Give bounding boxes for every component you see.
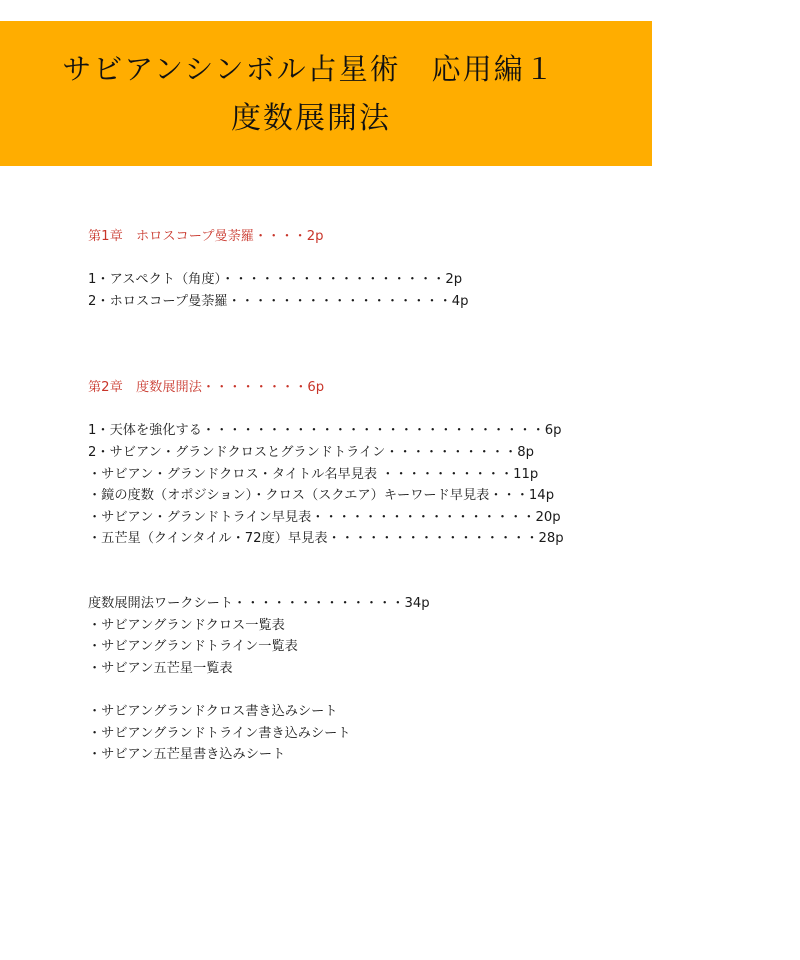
spacer	[88, 312, 728, 377]
toc-item: 1・天体を強化する・・・・・・・・・・・・・・・・・・・・・・・・・・6p	[88, 420, 728, 442]
spacer	[88, 550, 728, 593]
worksheet-sheet-item: ・サビアングランドトライン書き込みシート	[88, 723, 728, 745]
toc-item: ・鏡の度数（オポジション）・クロス（スクエア）キーワード早見表・・・14p	[88, 485, 728, 507]
spacer	[88, 248, 728, 270]
worksheet-list-item: ・サビアングランドトライン一覧表	[88, 636, 728, 658]
table-of-contents: 第1章 ホロスコープ曼荼羅・・・・2p 1・アスペクト（角度）・・・・・・・・・…	[88, 226, 728, 766]
title-banner: サビアンシンボル占星術 応用編１ 度数展開法	[0, 21, 652, 166]
document-title: サビアンシンボル占星術 応用編１	[0, 49, 635, 89]
chapter-1-heading: 第1章 ホロスコープ曼荼羅・・・・2p	[88, 226, 728, 248]
worksheet-sheet-item: ・サビアングランドクロス書き込みシート	[88, 701, 728, 723]
worksheet-sheet-item: ・サビアン五芒星書き込みシート	[88, 744, 728, 766]
toc-item: ・五芒星（クインタイル・72度）早見表・・・・・・・・・・・・・・・・28p	[88, 528, 728, 550]
toc-item: ・サビアン・グランドクロス・タイトル名早見表 ・・・・・・・・・・11p	[88, 464, 728, 486]
document-subtitle: 度数展開法	[0, 99, 637, 139]
worksheet-list-item: ・サビアン五芒星一覧表	[88, 658, 728, 680]
worksheet-list-item: ・サビアングランドクロス一覧表	[88, 615, 728, 637]
toc-item: 2・サビアン・グランドクロスとグランドトライン・・・・・・・・・・8p	[88, 442, 728, 464]
toc-item: 2・ホロスコープ曼荼羅・・・・・・・・・・・・・・・・・4p	[88, 291, 728, 313]
spacer	[88, 399, 728, 421]
worksheet-heading: 度数展開法ワークシート・・・・・・・・・・・・・34p	[88, 593, 728, 615]
toc-item: 1・アスペクト（角度）・・・・・・・・・・・・・・・・・2p	[88, 269, 728, 291]
chapter-2-heading: 第2章 度数展開法・・・・・・・・6p	[88, 377, 728, 399]
spacer	[88, 679, 728, 701]
toc-item: ・サビアン・グランドトライン早見表・・・・・・・・・・・・・・・・・20p	[88, 507, 728, 529]
